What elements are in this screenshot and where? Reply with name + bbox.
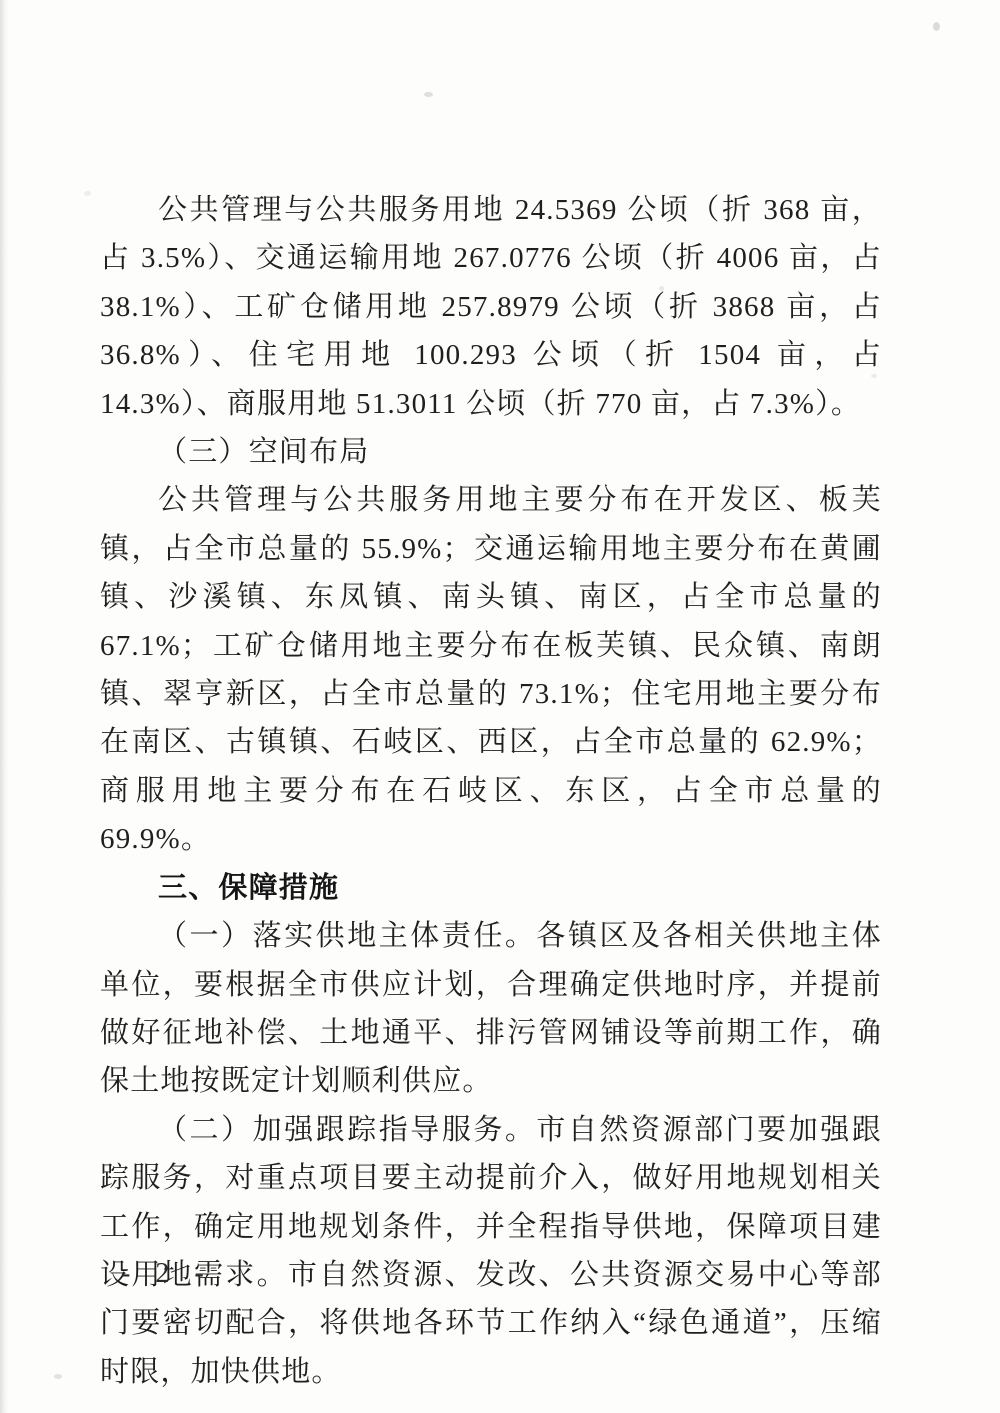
page-number: - 2 - — [121, 1258, 213, 1289]
scan-speckle — [424, 92, 433, 97]
paragraph-tracking-guidance: （二）加强跟踪指导服务。市自然资源部门要加强跟踪服务，对重点项目要主动提前介入，… — [100, 1106, 882, 1396]
document-page: 公共管理与公共服务用地 24.5369 公顷（折 368 亩，占 3.5%）、交… — [0, 0, 1000, 1413]
page-footer: - 2 - — [121, 1258, 213, 1290]
scan-speckle — [54, 1374, 62, 1379]
scan-speckle — [933, 22, 940, 31]
scan-speckle — [84, 191, 91, 196]
paragraph-land-supply-breakdown: 公共管理与公共服务用地 24.5369 公顷（折 368 亩，占 3.5%）、交… — [100, 186, 882, 428]
scan-edge-artifact — [0, 0, 9, 1413]
paragraph-supply-responsibility: （一）落实供地主体责任。各镇区及各相关供地主体单位，要根据全市供应计划，合理确定… — [100, 912, 882, 1106]
heading-safeguard-measures: 三、保障措施 — [100, 864, 882, 912]
document-body: 公共管理与公共服务用地 24.5369 公顷（折 368 亩，占 3.5%）、交… — [100, 186, 882, 1396]
subheading-spatial-layout: （三）空间布局 — [100, 428, 882, 476]
paragraph-spatial-distribution: 公共管理与公共服务用地主要分布在开发区、板芙镇，占全市总量的 55.9%；交通运… — [100, 476, 882, 863]
